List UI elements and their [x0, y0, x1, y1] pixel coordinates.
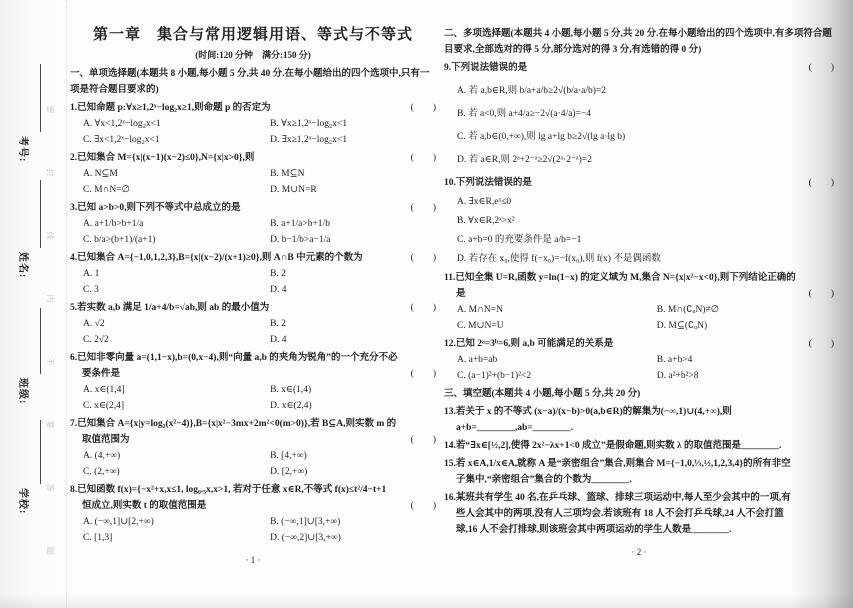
margin-blank-line [40, 420, 41, 484]
seal-char: 线 [45, 232, 56, 240]
option-d: D. 4 [270, 282, 436, 298]
option-b: B. 若 a<0,则 a+4/a≥−2√(a·4/a)=−4 [457, 106, 834, 122]
question-stem: 15.若 x∈A,1/x∈A,就称 A 是“亲密组合”集合,则集合 M={−1,… [444, 456, 796, 488]
question-15: 15.若 x∈A,1/x∈A,就称 A 是“亲密组合”集合,则集合 M={−1,… [444, 456, 834, 488]
section-3-header: 三、填空题(本题共 4 小题,每小题 5 分,共 20 分) [444, 386, 834, 402]
question-stem: 3.已知 a>b>0,则下列不等式中总成立的是 [70, 200, 398, 216]
option-c: C. 若 a,b∈(0,+∞),则 lg a+lg b≥2√(lg a·lg b… [457, 129, 834, 145]
options: A. (4,+∞) B. [4,+∞) C. (2,+∞) D. [2,+∞) [70, 448, 436, 480]
option-a: A. a+b=ab [457, 352, 657, 368]
option-b: B. x∈(1,4) [270, 382, 436, 398]
question-1: 1.已知命题 p:∀x≥1,2ˣ−log₂x≥1,则命题 p 的否定为( ) A… [70, 100, 436, 148]
answer-bracket: ( ) [809, 286, 834, 302]
seal-char: 答 [45, 484, 56, 492]
question-stem: 7.已知集合 A={x|y=log₂(x²−4)},B={x|x²−3mx+2m… [70, 416, 398, 448]
option-d: D. ∃x≥1,2ˣ−log₂x<1 [270, 132, 436, 148]
page-number-1: · 1 · [70, 552, 436, 568]
question-5: 5.若实数 a,b 满足 1/a+4/b=√ab,则 ab 的最小值为( ) A… [70, 300, 436, 348]
question-13: 13.若关于 x 的不等式 (x−a)/(x−b)>0(a,b∈R)的解集为(−… [444, 404, 834, 436]
option-d: D. 4 [270, 332, 436, 348]
option-a: A. x∈(1,4] [83, 382, 270, 398]
question-10: 10.下列说法错误的是( ) A. ∃x∈R,eˣ≤0 B. ∀x∈R,2ˣ>x… [444, 175, 834, 267]
option-d: D. [2,+∞) [270, 464, 436, 480]
page-1: 第一章 集合与常用逻辑用语、等式与不等式 (时间:120 分钟 满分:150 分… [70, 24, 436, 568]
question-stem: 10.下列说法错误的是 [444, 175, 796, 191]
seal-line-characters: 密 封 线 内 不 要 答 题 [46, 104, 54, 556]
page-2: 二、多项选择题(本题共 4 小题,每小题 5 分,共 20 分.在每小题给出的四… [444, 24, 834, 560]
margin-blank-line [40, 64, 41, 132]
question-8: 8.已知函数 f(x)={−x²+x,x≤1, log₀.₅x,x>1, 若对于… [70, 482, 436, 546]
option-a: A. ∃x∈R,eˣ≤0 [457, 194, 834, 210]
question-14: 14.若“∃x∈[½,2],使得 2x²−λx+1<0 成立”是假命题,则实数 … [444, 438, 834, 454]
chapter-title: 第一章 集合与常用逻辑用语、等式与不等式 [70, 24, 436, 46]
scanned-exam-sheet: 考号: 姓名: 班级: 学校: 密 封 线 内 不 要 答 题 第一章 集合与常… [0, 0, 853, 608]
section-2-header: 二、多项选择题(本题共 4 小题,每小题 5 分,共 20 分.在每小题给出的四… [444, 26, 834, 58]
question-11: 11.已知全集 U=R,函数 y=ln(1−x) 的定义域为 M,集合 N={x… [444, 270, 834, 334]
seal-char: 封 [45, 169, 56, 177]
option-b: B. 2 [270, 266, 436, 282]
option-d: D. 若 a∈R,则 2ᵃ+2⁻ᵃ≥2√(2ᵃ·2⁻ᵃ)=2 [457, 152, 834, 168]
margin-label-school: 学校: [16, 488, 32, 514]
option-b: B. a+1/a>b+1/b [270, 216, 436, 232]
question-12: 12.已知 2ᵃ=3ᵇ=6,则 a,b 可能满足的关系是( ) A. a+b=a… [444, 336, 834, 384]
option-c: C. (a−1)²+(b−1)²<2 [457, 368, 657, 384]
answer-bracket: ( ) [411, 150, 436, 166]
option-a: A. ∀x<1,2ˣ−log₂x<1 [83, 116, 270, 132]
options: A. 若 a,b∈R,则 b/a+a/b≥2√(b/a·a/b)=2 B. 若 … [444, 83, 834, 168]
option-b: B. 2 [270, 316, 436, 332]
option-c: C. ∃x<1,2ˣ−log₂x<1 [83, 132, 270, 148]
question-stem: 6.已知非零向量 a=(1,1−x),b=(0,x−4),则“向量 a,b 的夹… [70, 350, 398, 382]
options: A. √2 B. 2 C. 2√2 D. 4 [70, 316, 436, 348]
option-d: D. 若存在 x₀,使得 f(−x₀)=−f(x₀),则 f(x) 不是偶函数 [457, 251, 834, 267]
option-c: C. (2,+∞) [83, 464, 270, 480]
option-a: A. 若 a,b∈R,则 b/a+a/b≥2√(b/a·a/b)=2 [457, 83, 834, 99]
question-stem: 13.若关于 x 的不等式 (x−a)/(x−b)>0(a,b∈R)的解集为(−… [444, 404, 796, 436]
margin-blank-line [40, 308, 41, 374]
question-7: 7.已知集合 A={x|y=log₂(x²−4)},B={x|x²−3mx+2m… [70, 416, 436, 480]
question-4: 4.已知集合 A={−1,0,1,2,3},B={x|(x−2)/(x+1)≥0… [70, 250, 436, 298]
answer-bracket: ( ) [411, 366, 436, 382]
options: A. ∃x∈R,eˣ≤0 B. ∀x∈R,2ˣ>x² C. a+b=0 的充要条… [444, 194, 834, 267]
option-b: B. (−∞,1]∪[3,+∞) [270, 514, 436, 530]
question-stem: 9.下列说法错误的是 [444, 60, 796, 76]
answer-bracket: ( ) [411, 300, 436, 316]
option-d: D. a²+b²>8 [657, 368, 834, 384]
options: A. N⊆M B. M⊆N C. M∩N=∅ D. M∪N=R [70, 166, 436, 198]
answer-bracket: ( ) [809, 60, 834, 76]
option-d: D. (−∞,2]∪[3,+∞) [270, 530, 436, 546]
question-3: 3.已知 a>b>0,则下列不等式中总成立的是( ) A. a+1/b>b+1/… [70, 200, 436, 248]
option-c: C. b/a>(b+1)/(a+1) [83, 232, 270, 248]
option-b: B. ∀x∈R,2ˣ>x² [457, 213, 834, 229]
answer-bracket: ( ) [809, 175, 834, 191]
question-2: 2.已知集合 M={x|(x−1)(x−2)≤0},N={x|x>0},则( )… [70, 150, 436, 198]
options: A. 1 B. 2 C. 3 D. 4 [70, 266, 436, 298]
page-number-2: · 2 · [444, 544, 834, 560]
question-stem: 8.已知函数 f(x)={−x²+x,x≤1, log₀.₅x,x>1, 若对于… [70, 482, 398, 514]
options: A. ∀x<1,2ˣ−log₂x<1 B. ∀x≥1,2ˣ−log₂x<1 C.… [70, 116, 436, 148]
option-a: A. 1 [83, 266, 270, 282]
option-c: C. x∈(2,4] [83, 398, 270, 414]
answer-bracket: ( ) [411, 100, 436, 116]
answer-bracket: ( ) [411, 200, 436, 216]
option-c: C. 2√2 [83, 332, 270, 348]
option-a: A. √2 [83, 316, 270, 332]
question-9: 9.下列说法错误的是( ) A. 若 a,b∈R,则 b/a+a/b≥2√(b/… [444, 60, 834, 168]
answer-bracket: ( ) [809, 336, 834, 352]
question-stem: 14.若“∃x∈[½,2],使得 2x²−λx+1<0 成立”是假命题,则实数 … [444, 438, 796, 454]
option-a: A. a+1/b>b+1/a [83, 216, 270, 232]
option-c: C. a+b=0 的充要条件是 a/b=−1 [457, 232, 834, 248]
question-stem: 4.已知集合 A={−1,0,1,2,3},B={x|(x−2)/(x+1)≥0… [70, 250, 398, 266]
question-stem: 16.某班共有学生 40 名,在乒乓球、篮球、排球三项运动中,每人至少会其中的一… [444, 490, 796, 538]
options: A. M∩N=N B. M∩(∁ᵤN)≠∅ C. M∪N=U D. M⊆(∁ᵤN… [444, 302, 834, 334]
question-stem: 1.已知命题 p:∀x≥1,2ˣ−log₂x≥1,则命题 p 的否定为 [70, 100, 398, 116]
margin-label-class: 班级: [16, 378, 32, 404]
seal-char: 密 [45, 106, 56, 114]
section-1-header: 一、单项选择题(本题共 8 小题,每小题 5 分,共 40 分.在每小题给出的四… [70, 66, 436, 98]
margin-label-name: 姓名: [16, 252, 32, 278]
option-b: B. [4,+∞) [270, 448, 436, 464]
options: A. (−∞,1]∪[2,+∞) B. (−∞,1]∪[3,+∞) C. [1,… [70, 514, 436, 546]
question-16: 16.某班共有学生 40 名,在乒乓球、篮球、排球三项运动中,每人至少会其中的一… [444, 490, 834, 538]
fold-line [66, 0, 67, 608]
options: A. a+1/b>b+1/a B. a+1/a>b+1/b C. b/a>(b+… [70, 216, 436, 248]
option-c: C. M∪N=U [457, 318, 657, 334]
answer-bracket: ( ) [411, 250, 436, 266]
question-6: 6.已知非零向量 a=(1,1−x),b=(0,x−4),则“向量 a,b 的夹… [70, 350, 436, 414]
option-d: D. x∈(2,4) [270, 398, 436, 414]
options: A. x∈(1,4] B. x∈(1,4) C. x∈(2,4] D. x∈(2… [70, 382, 436, 414]
option-b: B. ∀x≥1,2ˣ−log₂x<1 [270, 116, 436, 132]
option-c: C. M∩N=∅ [83, 182, 270, 198]
time-score-subtitle: (时间:120 分钟 满分:150 分) [70, 48, 436, 62]
option-b: B. a+b>4 [657, 352, 834, 368]
answer-bracket: ( ) [411, 498, 436, 514]
option-b: B. M∩(∁ᵤN)≠∅ [657, 302, 834, 318]
question-stem: 12.已知 2ᵃ=3ᵇ=6,则 a,b 可能满足的关系是 [444, 336, 796, 352]
option-a: A. (4,+∞) [83, 448, 270, 464]
option-a: A. (−∞,1]∪[2,+∞) [83, 514, 270, 530]
option-d: D. M∪N=R [270, 182, 436, 198]
seal-char: 要 [45, 421, 56, 429]
question-stem: 5.若实数 a,b 满足 1/a+4/b=√ab,则 ab 的最小值为 [70, 300, 398, 316]
option-a: A. N⊆M [83, 166, 270, 182]
margin-label-exam-no: 考号: [16, 136, 32, 162]
option-d: D. M⊆(∁ᵤN) [657, 318, 834, 334]
question-stem: 11.已知全集 U=R,函数 y=ln(1−x) 的定义域为 M,集合 N={x… [444, 270, 796, 302]
option-d: D. b−1/b>a−1/a [270, 232, 436, 248]
option-a: A. M∩N=N [457, 302, 657, 318]
option-c: C. 3 [83, 282, 270, 298]
option-b: B. M⊆N [270, 166, 436, 182]
seal-char: 不 [45, 358, 56, 366]
question-stem: 2.已知集合 M={x|(x−1)(x−2)≤0},N={x|x>0},则 [70, 150, 398, 166]
margin-blank-line [40, 180, 41, 248]
option-c: C. [1,3] [83, 530, 270, 546]
answer-bracket: ( ) [411, 432, 436, 448]
seal-char: 内 [45, 295, 56, 303]
seal-char: 题 [45, 547, 56, 555]
options: A. a+b=ab B. a+b>4 C. (a−1)²+(b−1)²<2 D.… [444, 352, 834, 384]
